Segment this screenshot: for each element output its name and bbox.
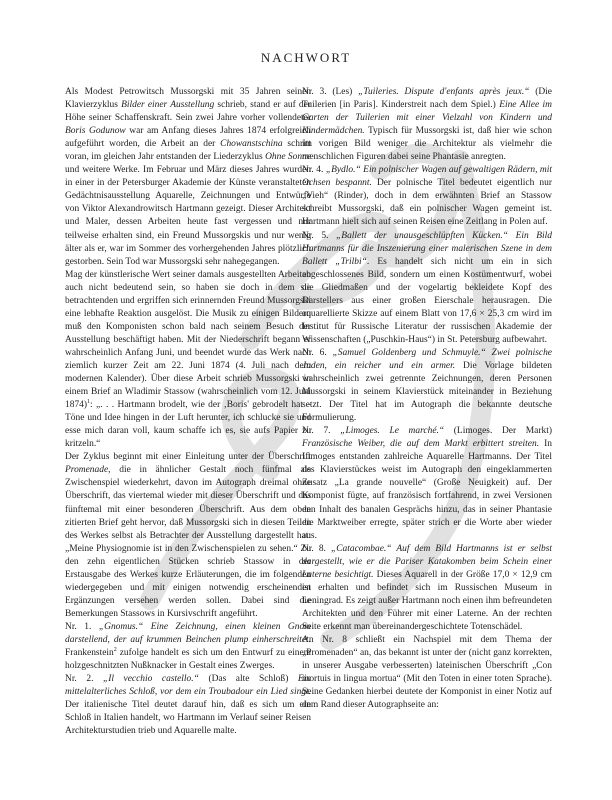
text: Der Zyklus beginnt mit einer Einleitung … — [65, 452, 311, 462]
italic-text: Bilder einer Ausstellung — [121, 100, 214, 110]
paragraph: Als Modest Petrowitsch Mussorgski mit 35… — [65, 86, 311, 269]
text: Nr. 6. — [302, 348, 333, 358]
document-page: NACHWORT Als Modest Petrowitsch Mussorgs… — [0, 0, 612, 800]
right-column: Nr. 3. (Les) „Tuileries. Dispute d'enfan… — [302, 86, 552, 712]
text: Nr. 5. — [302, 231, 336, 241]
left-column: Als Modest Petrowitsch Mussorgski mit 35… — [65, 86, 311, 738]
italic-text: „Gnomus.“ Eine Zeichnung, einen kleinen … — [65, 622, 311, 645]
page-title: NACHWORT — [0, 50, 612, 66]
text: Nr. 1. — [65, 622, 99, 632]
text: In Limoges entstanden zahlreiche Aquarel… — [302, 439, 552, 540]
text: und weitere Werke. Im Februar und März d… — [65, 165, 311, 266]
text: (Limoges. Der Markt) — [444, 426, 552, 436]
paragraph: Nr. 4. „Bydlo.“ Ein polnischer Wagen auf… — [302, 164, 552, 229]
paragraph: Mag der künstlerische Wert seiner damals… — [65, 269, 311, 452]
text: Nr. 8. — [302, 544, 331, 554]
text: Frankenstein — [65, 648, 114, 658]
paragraph: Nr. 3. (Les) „Tuileries. Dispute d'enfan… — [302, 86, 552, 164]
paragraph: Der Zyklus beginnt mit einer Einleitung … — [65, 451, 311, 621]
paragraph: Nr. 7. „Limoges. Le marché.“ (Limoges. D… — [302, 425, 552, 542]
text: Mag der künstlerische Wert seiner damals… — [65, 270, 311, 410]
italic-text: „Il vecchio castello.“ — [103, 674, 199, 684]
paragraph: An Nr. 8 schließt ein Nachspiel mit dem … — [302, 634, 552, 712]
italic-text: „Tuileries. Dispute d'enfants après jeux… — [358, 87, 529, 97]
text: An Nr. 8 schließt ein Nachspiel mit dem … — [302, 635, 552, 710]
italic-text: Boris Godunow — [65, 126, 126, 136]
italic-text: Promenade — [65, 465, 108, 475]
text: : „. . . Hartmann brodelt, wie der ‚Bori… — [65, 400, 311, 449]
text: , die in ähnlicher Gestalt noch fünfmal … — [65, 465, 311, 619]
italic-text: Französische Weiber, die auf dem Markt e… — [302, 439, 539, 449]
paragraph: Nr. 2. „Il vecchio castello.“ (Das alte … — [65, 673, 311, 738]
italic-text: Chowanstschina — [220, 139, 282, 149]
text: Nr. 2. — [65, 674, 103, 684]
paragraph: Nr. 8. „Catacombae.“ Auf dem Bild Hartma… — [302, 543, 552, 634]
text: (Das alte Schloß) — [199, 674, 298, 684]
paragraph: Nr. 6. „Samuel Goldenberg und Schmuyle.“… — [302, 347, 552, 425]
paragraph: Nr. 1. „Gnomus.“ Eine Zeichnung, einen k… — [65, 621, 311, 673]
italic-text: „Limoges. Le marché.“ — [340, 426, 444, 436]
text: . Es handelt sich nicht um ein in sich a… — [302, 257, 552, 345]
text: Nr. 3. (Les) — [302, 87, 358, 97]
text: Nr. 4. — [302, 165, 326, 175]
text: Nr. 7. — [302, 426, 340, 436]
text: Der italienische Titel deutet darauf hin… — [65, 700, 311, 736]
paragraph: Nr. 5. „Ballett der unausgeschlüpften Kü… — [302, 230, 552, 347]
